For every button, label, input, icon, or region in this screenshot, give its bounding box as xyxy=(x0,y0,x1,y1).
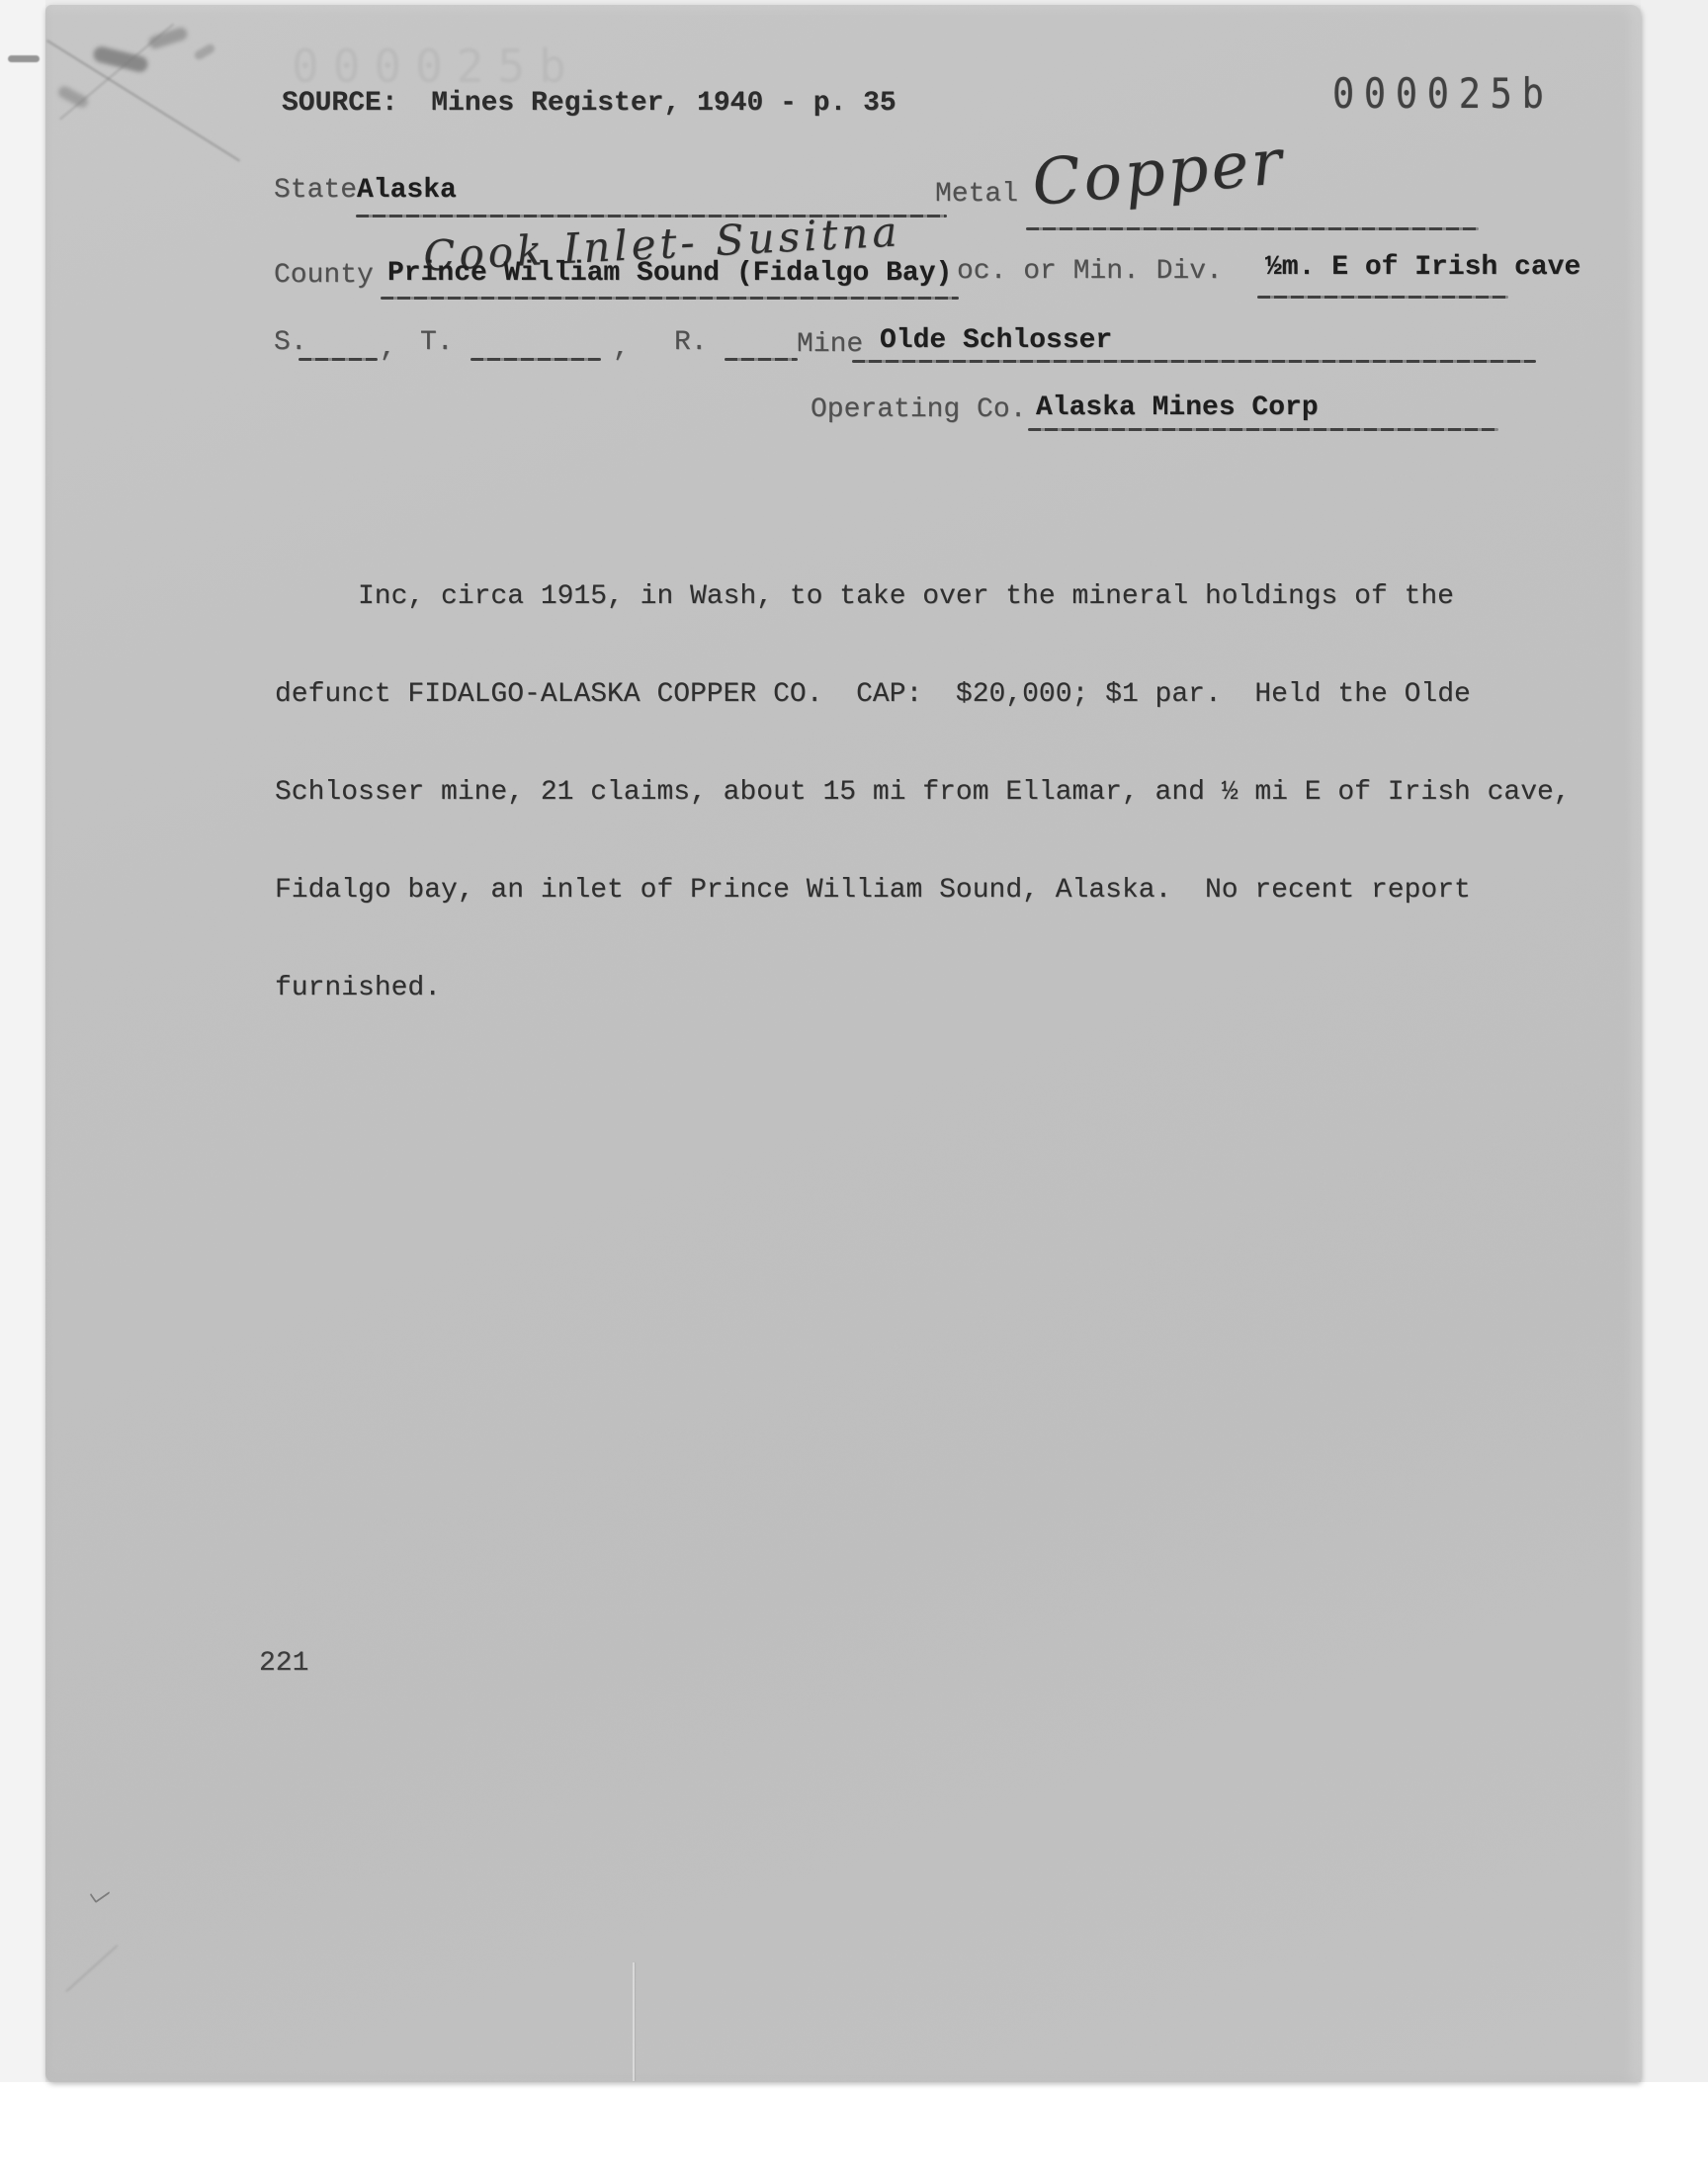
loc-min-div-label: oc. or Min. Div. xyxy=(957,255,1223,288)
mine-underline xyxy=(852,360,1536,363)
section-label: S. xyxy=(274,326,307,359)
comma-after-section: , xyxy=(380,332,396,365)
township-blank-underline xyxy=(470,358,601,361)
metal-label: Metal xyxy=(935,178,1018,211)
metal-underline xyxy=(1026,227,1479,230)
operating-co-label: Operating Co. xyxy=(811,393,1026,426)
state-value: Alaska xyxy=(357,174,457,207)
serial-number-stamp: 000025b xyxy=(1332,69,1554,118)
source-line: SOURCE: Mines Register, 1940 - p. 35 xyxy=(282,87,897,120)
state-label: State xyxy=(274,174,357,207)
scan-margin-right xyxy=(1641,0,1708,2175)
range-label: R. xyxy=(674,326,708,359)
margin-pencil-dash xyxy=(8,55,40,62)
loc-min-div-value: ½m. E of Irish cave xyxy=(1265,251,1580,284)
body-line: Schlosser mine, 21 claims, about 15 mi f… xyxy=(275,776,1599,809)
comma-after-township: , xyxy=(613,332,630,365)
county-label: County xyxy=(274,259,374,292)
county-value: Prince William Sound (Fidalgo Bay) xyxy=(387,257,952,290)
body-line: Fidalgo bay, an inlet of Prince William … xyxy=(275,874,1599,907)
range-blank-underline xyxy=(725,358,798,361)
body-line: defunct FIDALGO-ALASKA COPPER CO. CAP: $… xyxy=(275,678,1599,711)
section-blank-underline xyxy=(299,358,378,361)
page-number: 221 xyxy=(259,1647,308,1680)
body-line: furnished. xyxy=(275,972,1599,1004)
body-line: Inc, circa 1915, in Wash, to take over t… xyxy=(275,580,1599,613)
township-label: T. xyxy=(420,326,454,359)
mine-value: Olde Schlosser xyxy=(880,324,1112,357)
mine-label: Mine xyxy=(797,328,863,361)
operating-co-value: Alaska Mines Corp xyxy=(1036,391,1319,424)
body-paragraph: Inc, circa 1915, in Wash, to take over t… xyxy=(275,515,1599,1037)
loc-underline xyxy=(1257,296,1508,299)
document-page xyxy=(45,5,1641,2082)
county-underline xyxy=(381,297,959,300)
operating-co-underline xyxy=(1028,428,1498,431)
ghost-stamp: 000025b xyxy=(292,40,580,93)
scan-margin-bottom xyxy=(0,2082,1708,2175)
